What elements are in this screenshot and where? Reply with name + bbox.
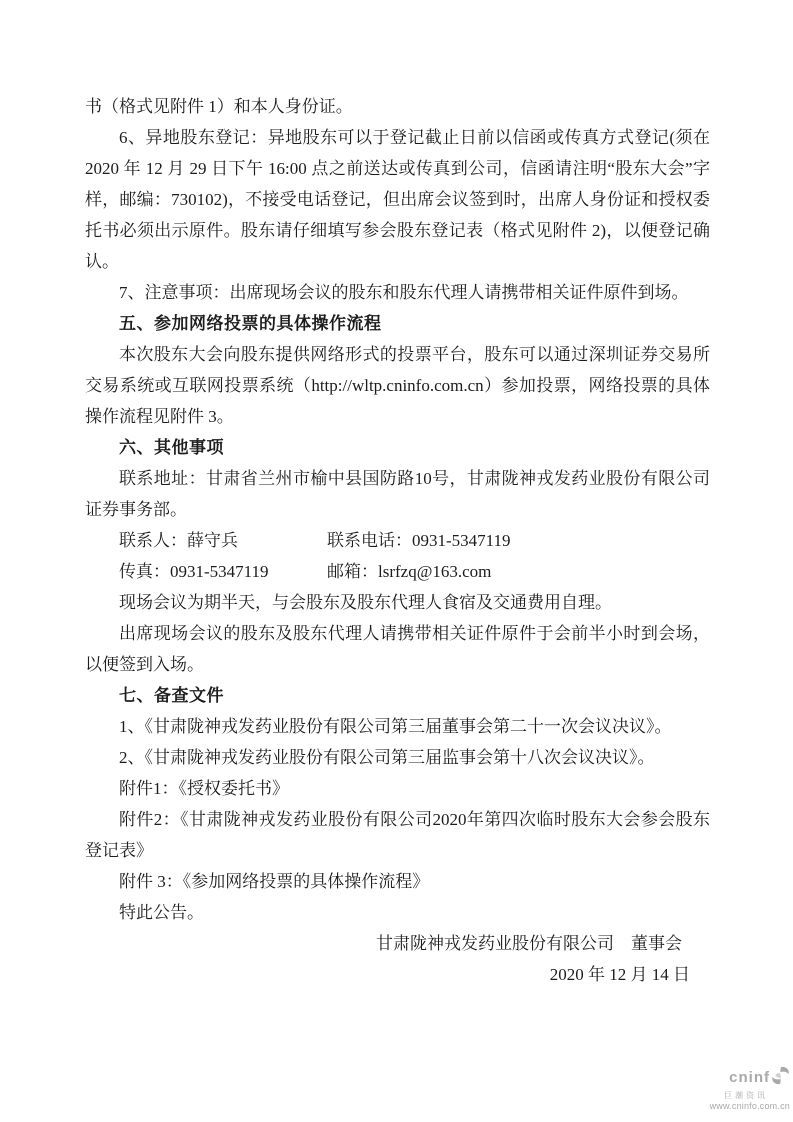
document-content: 书（格式见附件 1）和本人身份证。6、异地股东登记：异地股东可以于登记截止日前以… — [85, 91, 710, 990]
contact-line: 联系人：薛守兵联系电话：0931-5347119 — [85, 525, 710, 556]
paragraph: 6、异地股东登记：异地股东可以于登记截止日前以信函或传真方式登记(须在 2020… — [85, 122, 710, 277]
document-page: 书（格式见附件 1）和本人身份证。6、异地股东登记：异地股东可以于登记截止日前以… — [0, 0, 793, 1122]
contact-line: 传真：0931-5347119邮箱：lsrfzq@163.com — [85, 556, 710, 587]
cninfo-watermark: cninf 巨潮资讯 www.cninfo.com.cn — [710, 1066, 790, 1111]
cninfo-logo-text: cninf — [729, 1070, 770, 1085]
cninfo-logo: cninf — [710, 1066, 790, 1089]
paragraph: 附件2：《甘肃陇神戎发药业股份有限公司2020年第四次临时股东大会参会股东登记表… — [85, 804, 710, 866]
section-heading: 七、备查文件 — [85, 680, 710, 711]
paragraph: 附件1：《授权委托书》 — [85, 773, 710, 804]
paragraph: 7、注意事项：出席现场会议的股东和股东代理人请携带相关证件原件到场。 — [85, 277, 710, 308]
paragraph: 2、《甘肃陇神戎发药业股份有限公司第三届监事会第十八次会议决议》。 — [85, 742, 710, 773]
paragraph: 附件 3：《参加网络投票的具体操作流程》 — [85, 866, 710, 897]
paragraph: 1、《甘肃陇神戎发药业股份有限公司第三届董事会第二十一次会议决议》。 — [85, 711, 710, 742]
cninfo-url: www.cninfo.com.cn — [710, 1102, 790, 1111]
paragraph: 本次股东大会向股东提供网络形式的投票平台，股东可以通过深圳证券交易所交易系统或互… — [85, 339, 710, 432]
contact-right: 邮箱：lsrfzq@163.com — [327, 556, 491, 587]
contact-right: 联系电话：0931-5347119 — [327, 525, 511, 556]
section-heading: 五、参加网络投票的具体操作流程 — [85, 308, 710, 339]
paragraph: 现场会议为期半天，与会股东及股东代理人食宿及交通费用自理。 — [85, 587, 710, 618]
paragraph: 书（格式见附件 1）和本人身份证。 — [85, 91, 710, 122]
signature-line: 甘肃陇神戎发药业股份有限公司 董事会 — [85, 928, 710, 959]
contact-left: 传真：0931-5347119 — [119, 562, 269, 581]
cninfo-chinese-name: 巨潮资讯 — [710, 1092, 768, 1100]
cninfo-swirl-icon — [771, 1066, 790, 1089]
signature-line: 2020 年 12 月 14 日 — [85, 959, 710, 990]
contact-left: 联系人：薛守兵 — [119, 531, 238, 550]
section-heading: 六、其他事项 — [85, 432, 710, 463]
paragraph: 特此公告。 — [85, 897, 710, 928]
paragraph: 出席现场会议的股东及股东代理人请携带相关证件原件于会前半小时到会场，以便签到入场… — [85, 618, 710, 680]
paragraph: 联系地址：甘肃省兰州市榆中县国防路10号，甘肃陇神戎发药业股份有限公司证券事务部… — [85, 463, 710, 525]
